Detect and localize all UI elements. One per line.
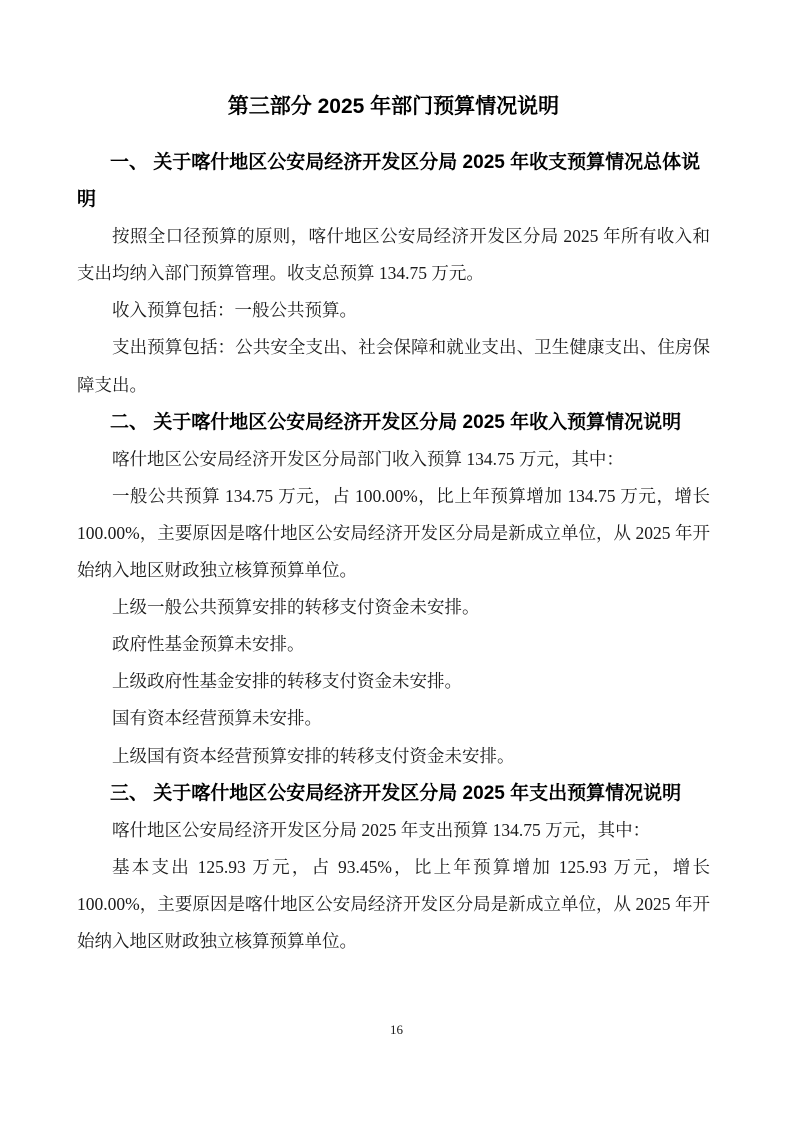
paragraph: 上级国有资本经营预算安排的转移支付资金未安排。 [77,738,710,775]
section-2-heading: 二、 关于喀什地区公安局经济开发区分局 2025 年收入预算情况说明 [77,404,710,441]
paragraph: 喀什地区公安局经济开发区分局部门收入预算 134.75 万元，其中： [77,441,710,478]
paragraph: 基本支出 125.93 万元，占 93.45%，比上年预算增加 125.93 万… [77,849,710,960]
document-title: 第三部分 2025 年部门预算情况说明 [77,92,710,122]
section-1-heading: 一、 关于喀什地区公安局经济开发区分局 2025 年收支预算情况总体说明 [77,144,710,218]
paragraph: 支出预算包括：公共安全支出、社会保障和就业支出、卫生健康支出、住房保障支出。 [77,329,710,403]
document-content: 第三部分 2025 年部门预算情况说明 一、 关于喀什地区公安局经济开发区分局 … [77,92,710,960]
paragraph: 按照全口径预算的原则，喀什地区公安局经济开发区分局 2025 年所有收入和支出均… [77,218,710,292]
paragraph: 政府性基金预算未安排。 [77,626,710,663]
page-number: 16 [0,1022,793,1038]
paragraph: 一般公共预算 134.75 万元，占 100.00%，比上年预算增加 134.7… [77,478,710,589]
paragraph: 收入预算包括：一般公共预算。 [77,292,710,329]
paragraph: 上级政府性基金安排的转移支付资金未安排。 [77,663,710,700]
paragraph: 喀什地区公安局经济开发区分局 2025 年支出预算 134.75 万元，其中： [77,812,710,849]
paragraph: 国有资本经营预算未安排。 [77,700,710,737]
paragraph: 上级一般公共预算安排的转移支付资金未安排。 [77,589,710,626]
document-page: 第三部分 2025 年部门预算情况说明 一、 关于喀什地区公安局经济开发区分局 … [0,0,793,1122]
section-3-heading: 三、 关于喀什地区公安局经济开发区分局 2025 年支出预算情况说明 [77,775,710,812]
